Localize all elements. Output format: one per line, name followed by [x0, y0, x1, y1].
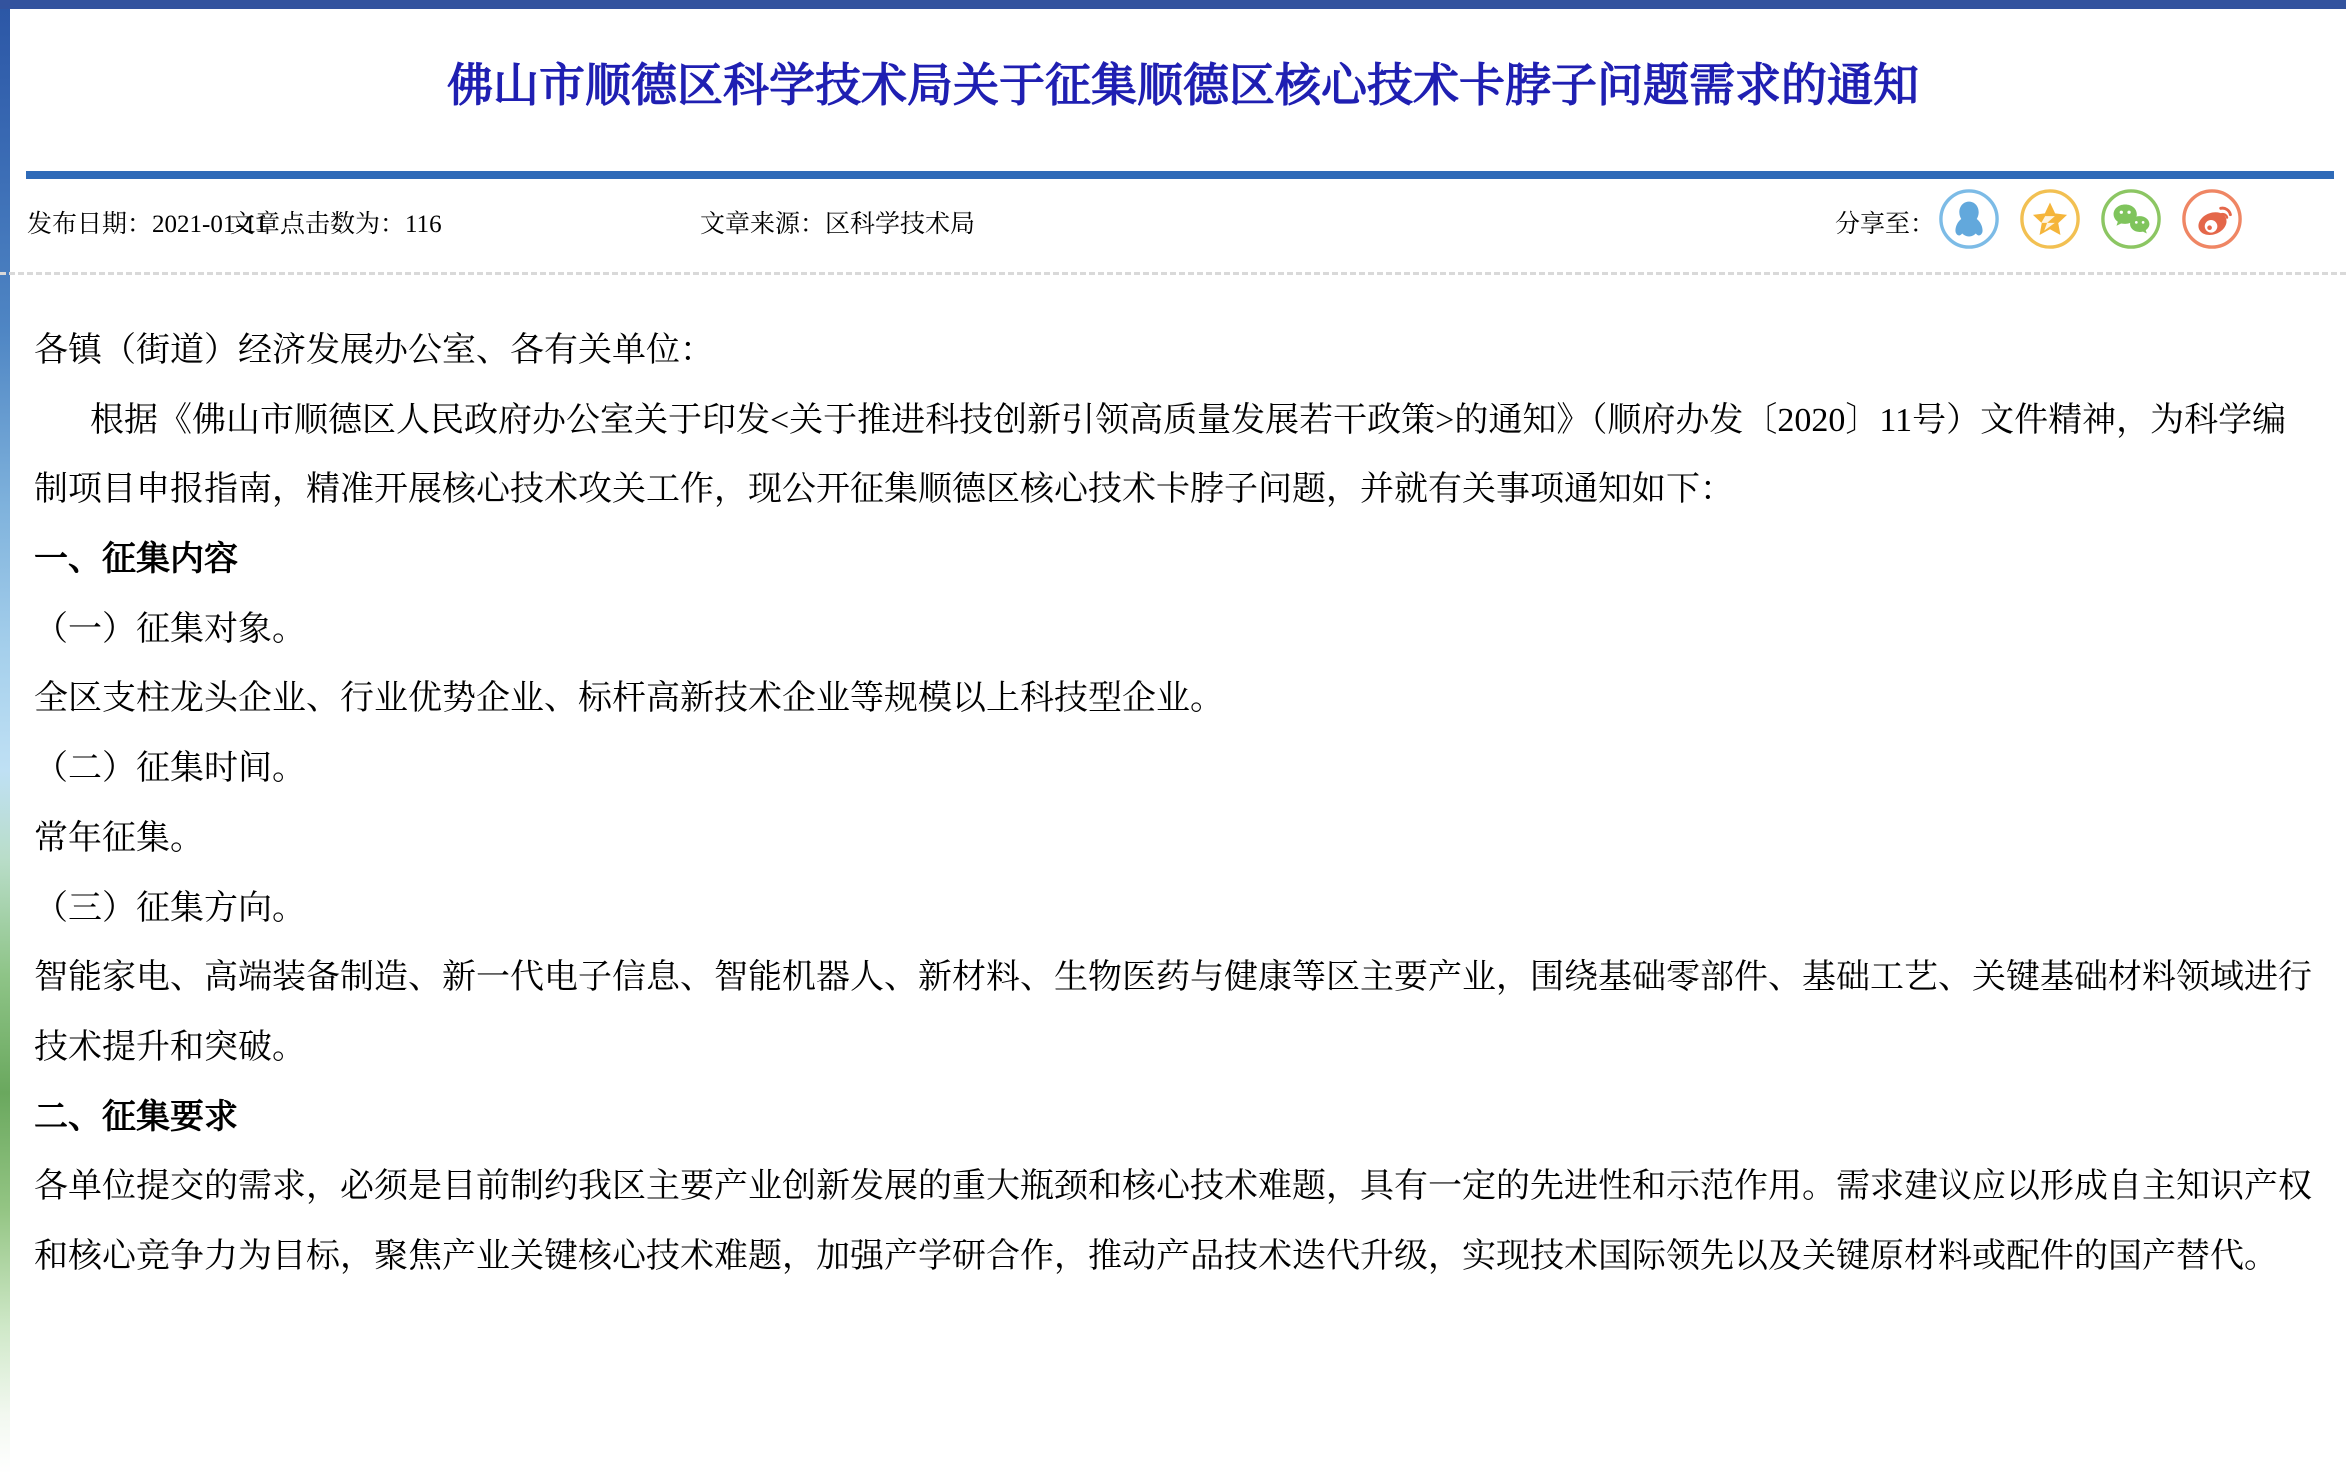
article-source-label: 文章来源： — [700, 211, 825, 238]
article-header: 佛山市顺德区科学技术局关于征集顺德区核心技术卡脖子问题需求的通知 发布日期：20… — [0, 0, 2346, 280]
section-1-item-3-heading: （三）征集方向。 — [34, 874, 2316, 944]
share-label: 分享至： — [1835, 204, 1935, 240]
article-meta-row: 发布日期：2021-01-11 文章点击数为：116 文章来源：区科学技术局 分… — [0, 0, 2346, 280]
intro-paragraph: 根据《佛山市顺德区人民政府办公室关于印发<关于推进科技创新引领高质量发展若干政策… — [34, 386, 2316, 525]
article-body: 各镇（街道）经济发展办公室、各有关单位： 根据《佛山市顺德区人民政府办公室关于印… — [0, 280, 2346, 1292]
qzone-share-icon[interactable] — [2019, 188, 2081, 250]
section-1-heading: 一、征集内容 — [34, 525, 2316, 595]
section-2-heading: 二、征集要求 — [34, 1083, 2316, 1153]
article-source-value: 区科学技术局 — [825, 211, 975, 238]
section-1-item-1-text: 全区支柱龙头企业、行业优势企业、标杆高新技术企业等规模以上科技型企业。 — [34, 664, 2316, 734]
qq-share-icon[interactable] — [1938, 188, 2000, 250]
click-count: 文章点击数为：116 — [230, 204, 442, 240]
publish-date-label: 发布日期： — [27, 211, 152, 238]
weibo-share-icon[interactable] — [2181, 188, 2243, 250]
section-1-item-2-heading: （二）征集时间。 — [34, 734, 2316, 804]
section-2-text: 各单位提交的需求，必须是目前制约我区主要产业创新发展的重大瓶颈和核心技术难题，具… — [34, 1152, 2316, 1291]
dashed-divider — [0, 272, 2346, 275]
wechat-share-icon[interactable] — [2100, 188, 2162, 250]
click-count-value: 116 — [405, 211, 442, 238]
click-count-label: 文章点击数为： — [230, 211, 405, 238]
notice-page: 佛山市顺德区科学技术局关于征集顺德区核心技术卡脖子问题需求的通知 发布日期：20… — [0, 0, 2346, 1474]
section-1-item-1-heading: （一）征集对象。 — [34, 595, 2316, 665]
section-1-item-2-text: 常年征集。 — [34, 804, 2316, 874]
share-icon-group — [1938, 188, 2243, 250]
section-1-item-3-text: 智能家电、高端装备制造、新一代电子信息、智能机器人、新材料、生物医药与健康等区主… — [34, 943, 2316, 1082]
article-source: 文章来源：区科学技术局 — [700, 204, 975, 240]
salutation-line: 各镇（街道）经济发展办公室、各有关单位： — [34, 316, 2316, 386]
